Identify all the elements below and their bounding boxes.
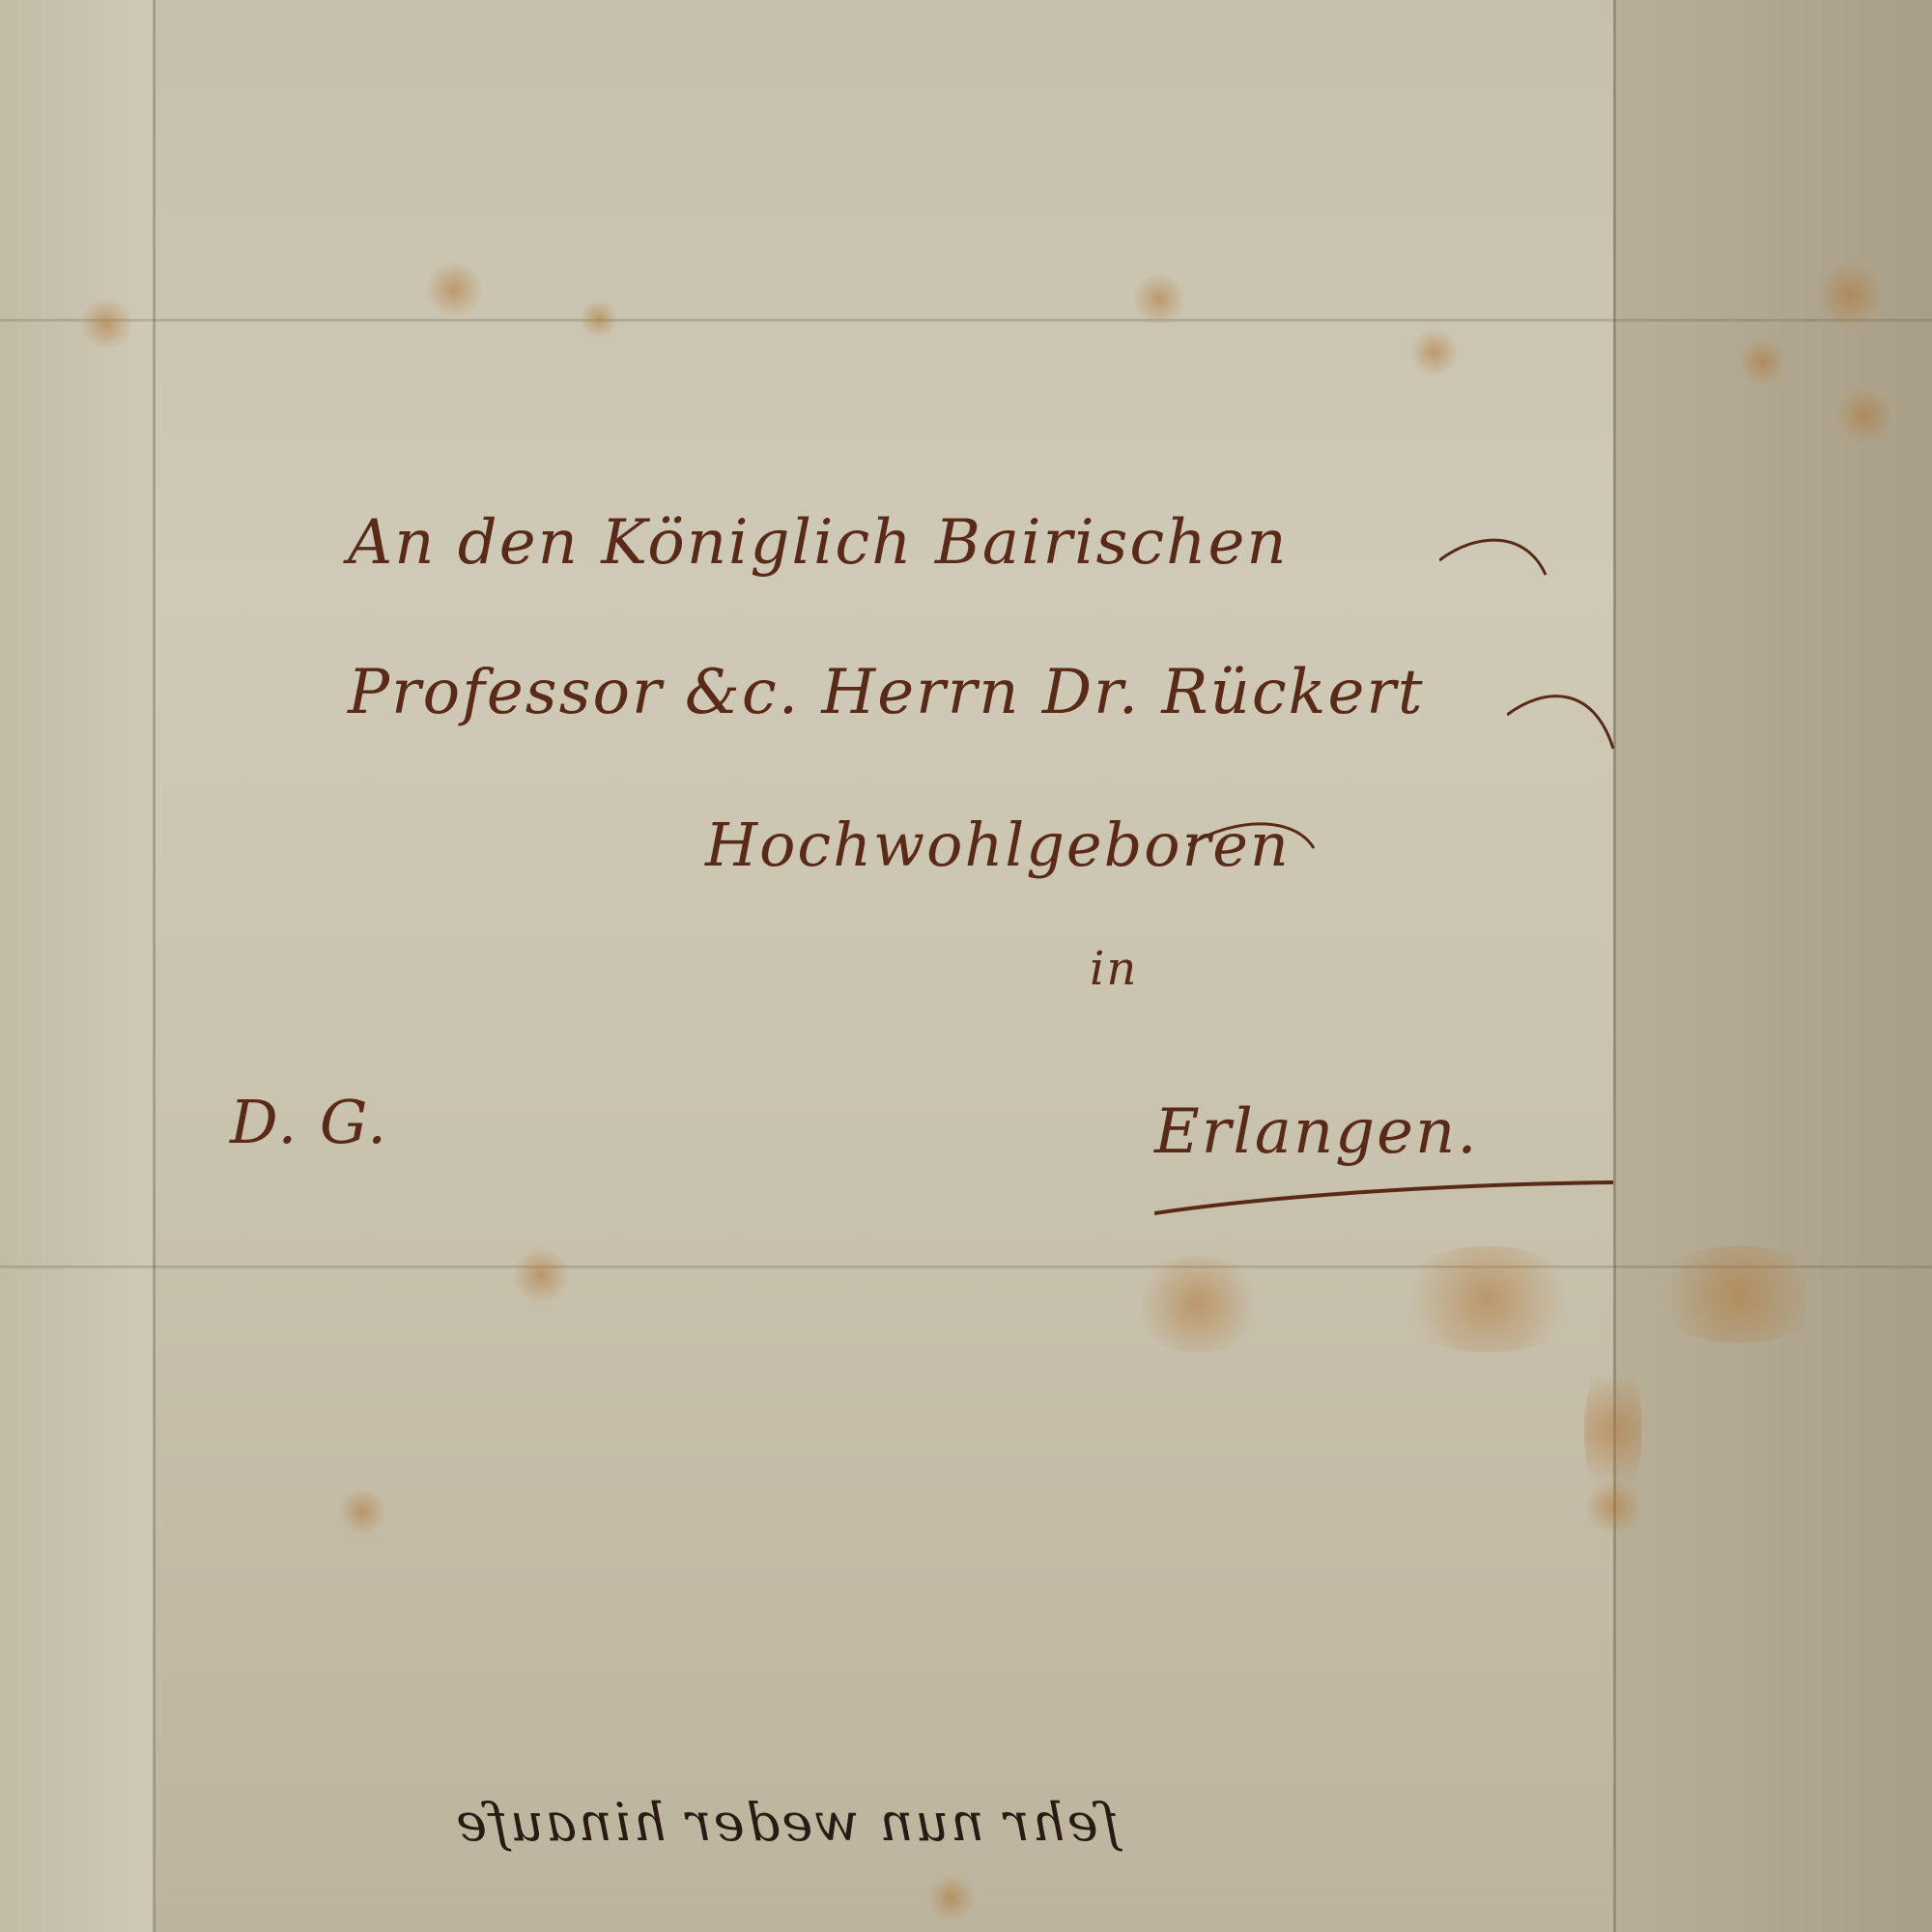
- foxing-stain: [77, 299, 135, 348]
- city-underline-flourish: [1154, 1179, 1613, 1217]
- foxing-stain: [580, 299, 618, 338]
- address-line-2: Professor &c. Herrn Dr. Rückert: [348, 657, 1425, 728]
- foxing-stain: [1739, 338, 1787, 386]
- address-city: Erlangen.: [1154, 1096, 1479, 1168]
- address-line-in: in: [1090, 942, 1138, 996]
- line2-end-flourish: [1507, 676, 1623, 753]
- foxing-stain: [338, 1488, 386, 1536]
- vertical-fold-right: [1613, 0, 1616, 1932]
- foxing-stain: [1816, 261, 1884, 328]
- foxing-stain: [1410, 328, 1459, 377]
- foxing-stain: [512, 1246, 570, 1304]
- water-stain: [1391, 1246, 1584, 1352]
- address-line-1: An den Königlich Bairischen: [348, 507, 1289, 579]
- foxing-stain: [927, 1874, 976, 1922]
- water-stain: [1130, 1256, 1265, 1352]
- horizontal-fold-top: [0, 319, 1932, 322]
- initials-annotation: D. G.: [230, 1087, 388, 1157]
- line3-end-flourish: [1188, 811, 1323, 860]
- right-fold-panel: [1613, 0, 1932, 1932]
- foxing-stain: [1835, 386, 1893, 444]
- left-fold-panel: [0, 0, 155, 1932]
- foxing-stain: [1130, 275, 1188, 324]
- line1-end-flourish: [1439, 526, 1555, 584]
- foxing-stain: [425, 261, 483, 319]
- foxing-stain: [1584, 1478, 1642, 1536]
- center-address-panel: [155, 0, 1613, 1932]
- paper-sheet: An den Königlich Bairischen Professor &c…: [0, 0, 1932, 1932]
- vertical-fold-left: [153, 0, 156, 1932]
- horizontal-fold-bottom: [0, 1265, 1932, 1268]
- mirrored-bleedthrough-text: ſehr nun weder hinaufe: [454, 1792, 1120, 1853]
- water-stain: [1642, 1246, 1835, 1343]
